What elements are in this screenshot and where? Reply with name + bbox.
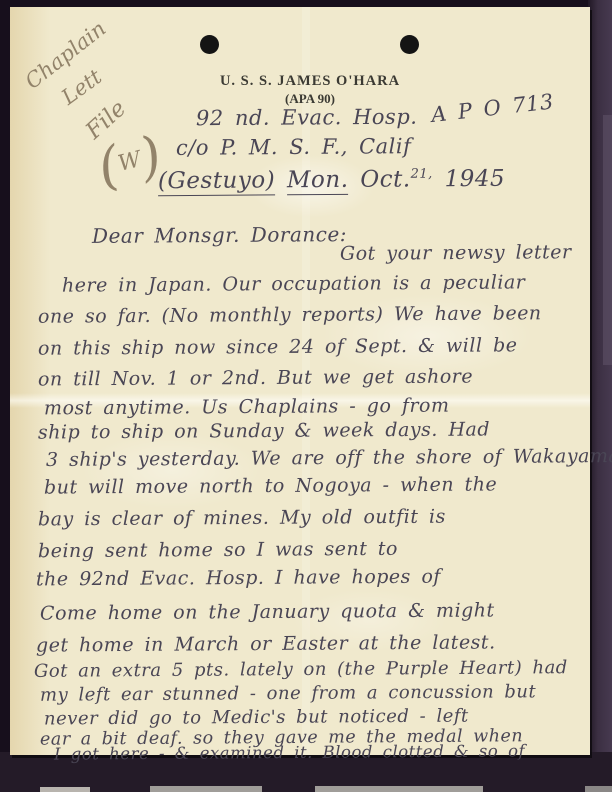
letter-body-line: one so far. (No monthly reports) We have… xyxy=(38,302,542,328)
letter-body-line: ship to ship on Sunday & week days. Had xyxy=(38,418,490,443)
letter-body-line: being sent home so I was sent to xyxy=(38,538,398,563)
letter-body-line: Come home on the January quota & might xyxy=(40,599,495,624)
punch-hole-left xyxy=(200,35,219,54)
letter-body-line: on this ship now since 24 of Sept. & wil… xyxy=(38,334,518,359)
scan-background-highlight xyxy=(603,115,612,365)
letter-body-line: Got an extra 5 pts. lately on (the Purpl… xyxy=(34,657,568,682)
letter-body-line: never did go to Medic's but noticed - le… xyxy=(44,706,469,730)
handwritten-unit-line: 92 nd. Evac. Hosp.A P O 713 xyxy=(196,104,555,131)
pencil-annotation-lett: Lett xyxy=(57,65,106,110)
letter-paper: Chaplain Lett File (W) U. S. S. JAMES O'… xyxy=(10,7,590,755)
salutation: Dear Monsgr. Dorance: xyxy=(92,222,347,248)
letter-body-line: the 92nd Evac. Hosp. I have hopes of xyxy=(36,566,441,591)
letter-body-line: 3 ship's yesterday. We are off the shore… xyxy=(46,445,612,471)
letter-body-line: here in Japan. Our occupation is a pecul… xyxy=(62,271,525,296)
letter-body-line: most anytime. Us Chaplains - go from xyxy=(44,395,450,420)
letter-body-line: get home in March or Easter at the lates… xyxy=(36,631,496,656)
date-superscript: 21, xyxy=(411,167,433,182)
pencil-annotation-circled-w: (W) xyxy=(96,142,164,182)
letter-body-line: my left ear stunned - one from a concuss… xyxy=(40,681,536,705)
scanned-letter-page: Chaplain Lett File (W) U. S. S. JAMES O'… xyxy=(0,0,612,792)
weekday: Mon. xyxy=(287,167,349,195)
year: 1945 xyxy=(445,166,506,192)
letterhead-ship-name: U. S. S. JAMES O'HARA xyxy=(180,73,440,90)
scanner-edge-artifact xyxy=(150,786,262,792)
letter-body-line: Got your newsy letter xyxy=(340,241,572,265)
letter-body-line: bay is clear of mines. My old outfit is xyxy=(38,506,446,531)
apo-number: A P O 713 xyxy=(430,89,555,127)
scanner-edge-artifact xyxy=(40,787,90,792)
scanner-edge-artifact xyxy=(315,786,483,792)
scanner-edge-artifact xyxy=(585,786,612,792)
handwritten-care-of-line: c/o P. M. S. F., Calif xyxy=(176,134,412,160)
month: Oct. xyxy=(360,166,410,192)
punch-hole-right xyxy=(400,35,419,54)
place-name: (Gestuyo) xyxy=(158,167,275,196)
unit-name: 92 nd. Evac. Hosp. xyxy=(196,105,418,131)
letter-body-line: I got here - & examined it. Blood clotte… xyxy=(54,741,525,763)
printed-letterhead: U. S. S. JAMES O'HARA (APA 90) xyxy=(180,73,440,107)
handwritten-date-line: (Gestuyo) Mon. Oct.21, 1945 xyxy=(158,166,505,194)
letter-body-line: on till Nov. 1 or 2nd. But we get ashore xyxy=(38,365,473,390)
letter-body-line: but will move north to Nogoya - when the xyxy=(44,473,497,498)
